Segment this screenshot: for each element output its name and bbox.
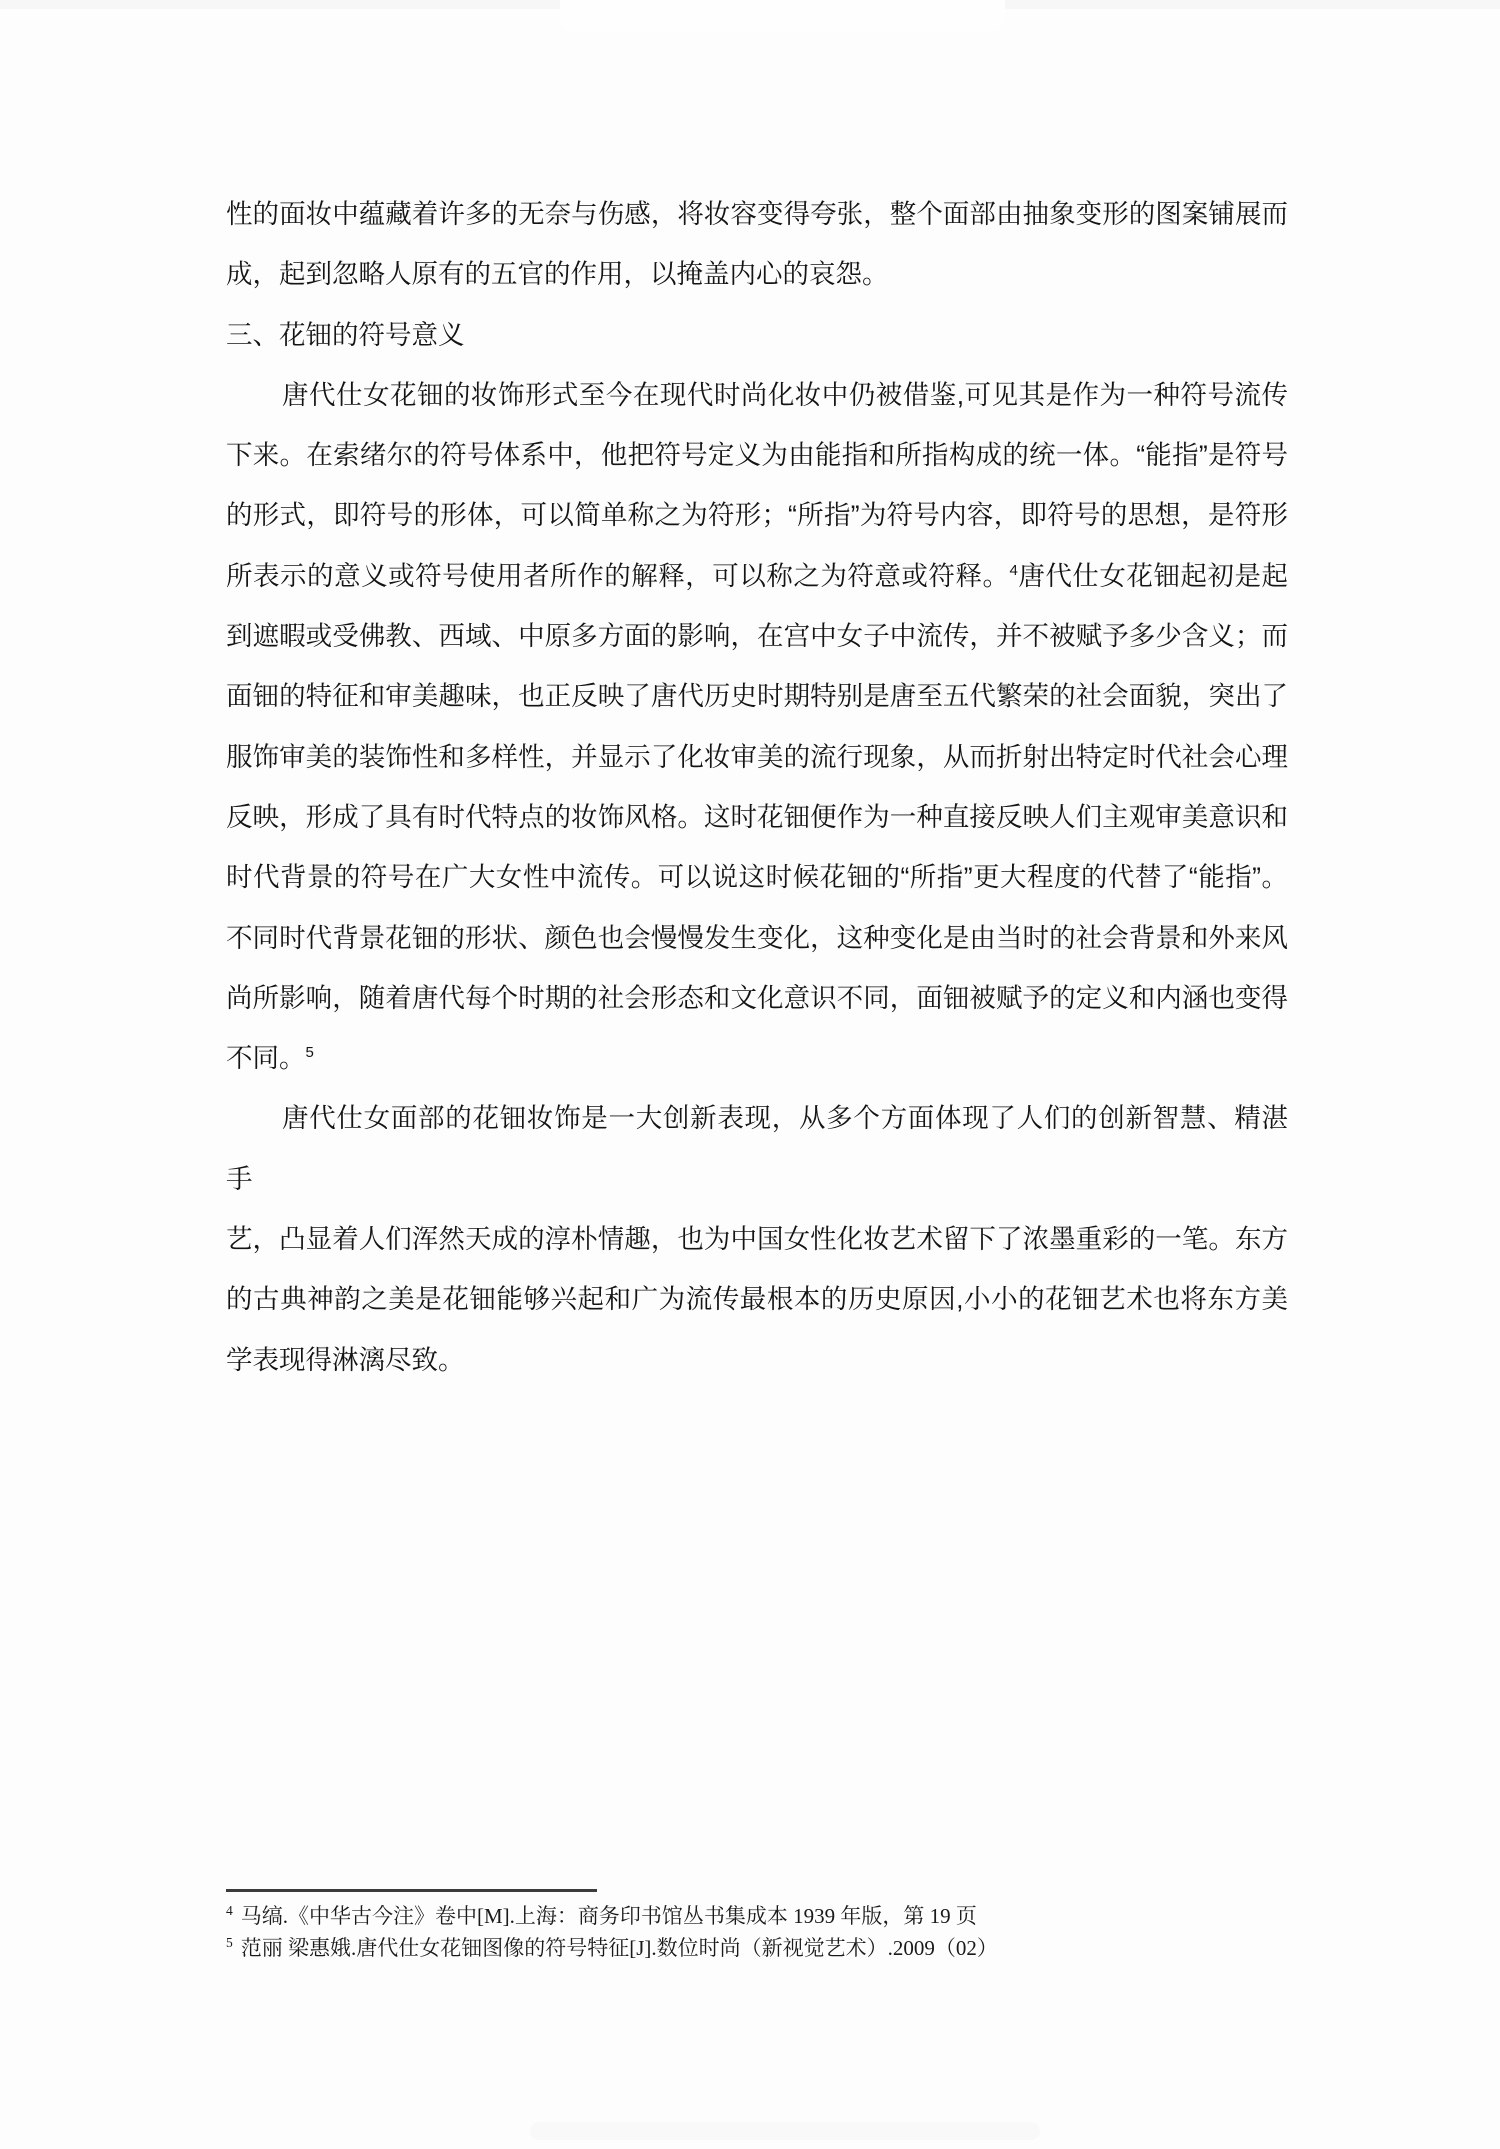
footnote-marker: 4 bbox=[1010, 562, 1018, 579]
text-run: 服饰审美的装饰性和多样性，并显示了化妆审美的流行现象，从而折射出特定时代社会心理 bbox=[226, 742, 1288, 772]
text-run: 艺，凸显着人们浑然天成的淳朴情趣，也为中国女性化妆艺术留下了浓墨重彩的一笔。东方 bbox=[226, 1224, 1288, 1254]
text-run: 三、花钿的符号意义 bbox=[226, 320, 465, 350]
text-run: 不同时代背景花钿的形状、颜色也会慢慢发生变化，这种变化是由当时的社会背景和外来风 bbox=[226, 923, 1288, 953]
text-run: 所表示的意义或符号使用者所作的解释，可以称之为符意或符释。 bbox=[226, 561, 1010, 591]
text-run: 面钿的特征和审美趣味，也正反映了唐代历史时期特别是唐至五代繁荣的社会面貌，突出了 bbox=[226, 681, 1288, 711]
footnote-marker: 5 bbox=[306, 1044, 314, 1061]
text-line: 艺，凸显着人们浑然天成的淳朴情趣，也为中国女性化妆艺术留下了浓墨重彩的一笔。东方 bbox=[226, 1209, 1288, 1269]
text-line: 所表示的意义或符号使用者所作的解释，可以称之为符意或符释。4唐代仕女花钿起初是起 bbox=[226, 546, 1288, 606]
text-line: 下来。在索绪尔的符号体系中，他把符号定义为由能指和所指构成的统一体。“能指”是符… bbox=[226, 425, 1288, 485]
footnote: 4马缟.《中华古今注》卷中[M].上海：商务印书馆丛书集成本 1939 年版，第… bbox=[226, 1901, 1326, 1933]
text-line: 尚所影响，随着唐代每个时期的社会形态和文化意识不同，面钿被赋予的定义和内涵也变得 bbox=[226, 968, 1288, 1028]
text-line: 的形式，即符号的形体，可以简单称之为符形；“所指”为符号内容，即符号的思想，是符… bbox=[226, 485, 1288, 545]
scan-artifact-top-blob bbox=[560, 0, 1005, 32]
text-run: 时代背景的符号在广大女性中流传。可以说这时候花钿的“所指”更大程度的代替了“能指… bbox=[226, 862, 1288, 892]
text-line: 到遮暇或受佛教、西域、中原多方面的影响，在宫中女子中流传，并不被赋予多少含义；而 bbox=[226, 606, 1288, 666]
text-line: 不同时代背景花钿的形状、颜色也会慢慢发生变化，这种变化是由当时的社会背景和外来风 bbox=[226, 908, 1288, 968]
text-line: 时代背景的符号在广大女性中流传。可以说这时候花钿的“所指”更大程度的代替了“能指… bbox=[226, 847, 1288, 907]
text-run: 尚所影响，随着唐代每个时期的社会形态和文化意识不同，面钿被赋予的定义和内涵也变得 bbox=[226, 983, 1288, 1013]
text-run: 成，起到忽略人原有的五官的作用，以掩盖内心的哀怨。 bbox=[226, 259, 889, 289]
footnote-number: 5 bbox=[226, 1935, 233, 1950]
body-text: 性的面妆中蕴藏着许多的无奈与伤感，将妆容变得夸张，整个面部由抽象变形的图案铺展而… bbox=[226, 184, 1288, 1390]
text-line: 学表现得淋漓尽致。 bbox=[226, 1330, 1288, 1390]
text-run: 下来。在索绪尔的符号体系中，他把符号定义为由能指和所指构成的统一体。“能指”是符… bbox=[226, 440, 1288, 470]
text-line: 性的面妆中蕴藏着许多的无奈与伤感，将妆容变得夸张，整个面部由抽象变形的图案铺展而 bbox=[226, 184, 1288, 244]
footnotes: 4马缟.《中华古今注》卷中[M].上海：商务印书馆丛书集成本 1939 年版，第… bbox=[226, 1901, 1326, 1964]
text-run: 不同。 bbox=[226, 1043, 306, 1073]
footnote-text: 马缟.《中华古今注》卷中[M].上海：商务印书馆丛书集成本 1939 年版，第 … bbox=[241, 1904, 977, 1928]
footnote-text: 范丽 梁惠娥.唐代仕女花钿图像的符号特征[J].数位时尚（新视觉艺术）.2009… bbox=[241, 1936, 998, 1960]
text-line: 唐代仕女面部的花钿妆饰是一大创新表现，从多个方面体现了人们的创新智慧、精湛手 bbox=[226, 1088, 1288, 1209]
text-run: 唐代仕女花钿起初是起 bbox=[1018, 561, 1288, 591]
footnote-number: 4 bbox=[226, 1903, 233, 1918]
text-line: 面钿的特征和审美趣味，也正反映了唐代历史时期特别是唐至五代繁荣的社会面貌，突出了 bbox=[226, 666, 1288, 726]
scan-artifact-bottom bbox=[530, 2122, 1040, 2140]
text-line: 的古典神韵之美是花钿能够兴起和广为流传最根本的历史原因,小小的花钿艺术也将东方美 bbox=[226, 1269, 1288, 1329]
text-line: 唐代仕女花钿的妆饰形式至今在现代时尚化妆中仍被借鉴,可见其是作为一种符号流传 bbox=[226, 365, 1288, 425]
text-line: 不同。5 bbox=[226, 1028, 1288, 1088]
text-line: 三、花钿的符号意义 bbox=[226, 305, 1288, 365]
text-run: 学表现得淋漓尽致。 bbox=[226, 1345, 465, 1375]
text-run: 性的面妆中蕴藏着许多的无奈与伤感，将妆容变得夸张，整个面部由抽象变形的图案铺展而 bbox=[226, 199, 1288, 229]
footnote: 5范丽 梁惠娥.唐代仕女花钿图像的符号特征[J].数位时尚（新视觉艺术）.200… bbox=[226, 1933, 1326, 1965]
text-line: 反映，形成了具有时代特点的妆饰风格。这时花钿便作为一种直接反映人们主观审美意识和 bbox=[226, 787, 1288, 847]
text-line: 成，起到忽略人原有的五官的作用，以掩盖内心的哀怨。 bbox=[226, 244, 1288, 304]
text-run: 唐代仕女面部的花钿妆饰是一大创新表现，从多个方面体现了人们的创新智慧、精湛手 bbox=[226, 1103, 1288, 1193]
text-run: 唐代仕女花钿的妆饰形式至今在现代时尚化妆中仍被借鉴,可见其是作为一种符号流传 bbox=[282, 380, 1288, 410]
text-run: 到遮暇或受佛教、西域、中原多方面的影响，在宫中女子中流传，并不被赋予多少含义；而 bbox=[226, 621, 1288, 651]
text-run: 的形式，即符号的形体，可以简单称之为符形；“所指”为符号内容，即符号的思想，是符… bbox=[226, 500, 1288, 530]
text-run: 的古典神韵之美是花钿能够兴起和广为流传最根本的历史原因,小小的花钿艺术也将东方美 bbox=[226, 1284, 1288, 1314]
footnote-separator bbox=[226, 1889, 597, 1892]
text-line: 服饰审美的装饰性和多样性，并显示了化妆审美的流行现象，从而折射出特定时代社会心理 bbox=[226, 727, 1288, 787]
document-page: 性的面妆中蕴藏着许多的无奈与伤感，将妆容变得夸张，整个面部由抽象变形的图案铺展而… bbox=[0, 0, 1500, 2149]
text-run: 反映，形成了具有时代特点的妆饰风格。这时花钿便作为一种直接反映人们主观审美意识和 bbox=[226, 802, 1288, 832]
